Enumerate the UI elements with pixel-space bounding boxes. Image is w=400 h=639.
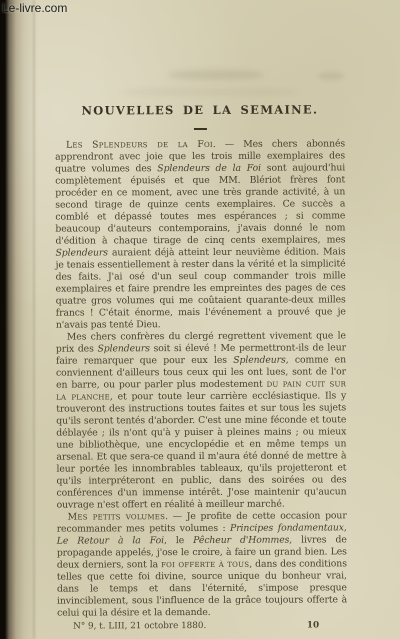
- article-body: Les Splendeurs de la Foi. — Mes chers ab…: [55, 138, 347, 619]
- ink-bleed-smudge: [318, 72, 344, 80]
- ink-bleed-smudge: [168, 70, 264, 80]
- scanned-book-page: Le-livre.com NOUVELLES DE LA SEMAINE. Le…: [0, 0, 400, 639]
- text-segment: , le: [164, 535, 193, 546]
- ink-bleed-smudge: [120, 88, 300, 96]
- text-segment: foi offerte à tous: [161, 559, 249, 570]
- text-segment: sont aujourd'hui complètement épuisés et…: [55, 162, 345, 246]
- paragraph: Mes chers confrères du clergé regrettent…: [56, 330, 347, 511]
- page-content: NOUVELLES DE LA SEMAINE. Les Splendeurs …: [55, 102, 347, 631]
- text-segment: Splendeurs: [97, 343, 150, 354]
- text-segment: Mes petits volumes: [68, 511, 165, 522]
- footer: N° 9, t. LIII, 21 octobre 1880. 10: [57, 620, 347, 631]
- text-segment: Pêcheur d'Hommes: [193, 535, 289, 546]
- paragraph: Mes petits volumes. — Je profite de cett…: [57, 510, 347, 619]
- title-rule: [193, 128, 206, 130]
- text-segment: , et pour toute leur carrière ecclésiast…: [56, 390, 346, 510]
- book-gutter-shadow: [0, 0, 36, 639]
- issue-reference: N° 9, t. LIII, 21 octobre 1880.: [57, 621, 206, 632]
- text-segment: Splendeurs: [55, 247, 108, 258]
- text-segment: Le Retour à la Foi: [57, 535, 164, 546]
- text-segment: auraient déjà atteint leur neuvième édit…: [56, 246, 346, 330]
- scan-watermark: Le-livre.com: [2, 1, 67, 15]
- paragraph: Les Splendeurs de la Foi. — Mes chers ab…: [55, 138, 346, 331]
- page-title: NOUVELLES DE LA SEMAINE.: [55, 102, 345, 117]
- text-segment: Splendeurs de la Foi: [157, 163, 261, 174]
- text-segment: Les Splendeurs de la Foi: [66, 139, 213, 151]
- text-segment: Splendeurs: [233, 355, 286, 366]
- text-segment: Principes fondamentaux: [230, 522, 344, 533]
- page-crease: [33, 0, 35, 639]
- text-segment: ,: [344, 522, 347, 533]
- page-number: 10: [307, 620, 347, 630]
